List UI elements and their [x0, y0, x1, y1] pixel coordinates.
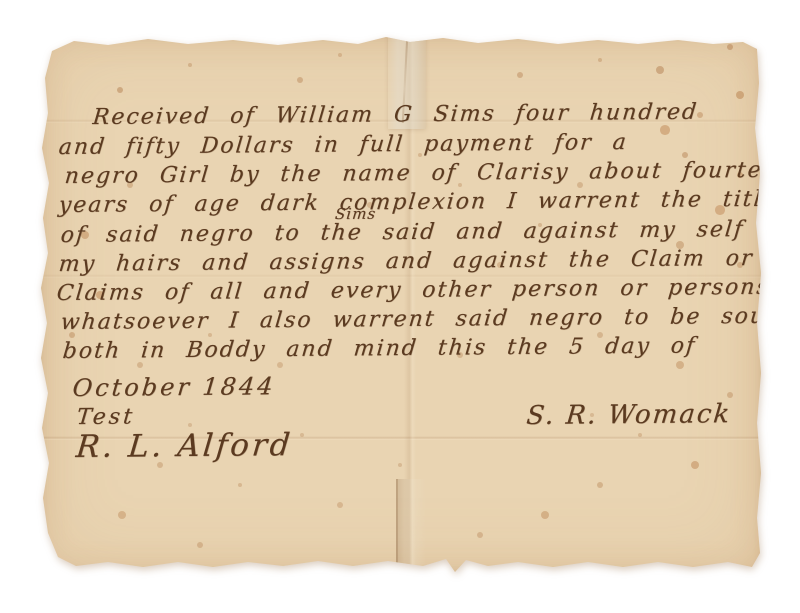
- manuscript-line-3: negro Girl by the name of Clarisy about …: [64, 158, 795, 189]
- manuscript-line-5: of said negro to the said and against my…: [60, 217, 746, 248]
- crease-tear-bottom: [396, 479, 426, 575]
- manuscript-line-8: whatsoever I also warrent said negro to …: [60, 304, 800, 335]
- witness-signature: R. L. Alford: [75, 427, 295, 465]
- date-line: October 1844: [71, 372, 277, 402]
- paper-shadow: Received of William G Sims four hundred …: [38, 33, 764, 575]
- foxing-spots: [38, 33, 42, 37]
- document-paper: Received of William G Sims four hundred …: [38, 33, 764, 575]
- manuscript-line-9: both in Boddy and mind this the 5 day of: [62, 333, 698, 364]
- manuscript-line-6: my hairs and assigns and against the Cla…: [58, 246, 755, 277]
- manuscript-line-2: and fifty Dollars in full payment for a: [58, 130, 629, 160]
- inserted-word-above-line-5: Sims: [334, 205, 377, 223]
- attestation-label: Test: [76, 404, 137, 430]
- manuscript-line-7: Claims of all and every other person or …: [56, 275, 771, 306]
- manuscript-line-1: Received of William G Sims four hundred: [92, 100, 700, 130]
- manuscript-line-4: years of age dark complexion I warrent t…: [58, 187, 779, 218]
- seller-signature: S. R. Womack: [525, 399, 732, 431]
- photo-background: Received of William G Sims four hundred …: [0, 0, 800, 613]
